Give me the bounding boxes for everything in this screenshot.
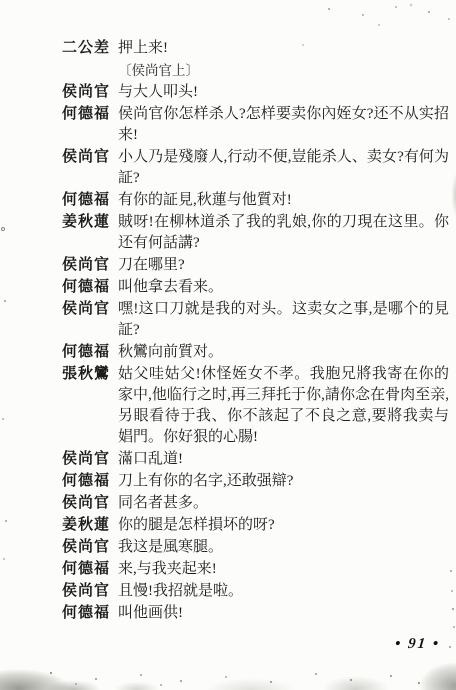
scan-noise-bottom-strip — [0, 648, 456, 690]
dialogue-text: 与大人叩头! — [118, 82, 449, 103]
script-line: 何德福 刀上有你的名字,还敢强辯? — [62, 471, 450, 492]
dialogue-text: 賊呀!在柳林道杀了我的乳娘,你的刀現在这里。你还有何話講? — [118, 212, 449, 254]
scan-noise-left-edge — [2, 228, 4, 230]
speech-block: 我这是風寒腿。 — [118, 537, 449, 558]
speech-block: 滿口乱道! — [118, 449, 449, 470]
dialogue-text: 秋鸞向前質对。 — [118, 342, 449, 363]
speaker-name: 姜秋蓮 — [62, 515, 118, 536]
speaker-name: 何德福 — [62, 342, 118, 363]
script-line: 侯尚官 同名者甚多。 — [62, 493, 450, 514]
dialogue-text: 我这是風寒腿。 — [118, 537, 449, 558]
script-line: 姜秋蓮 你的腿是怎样損坏的呀? — [62, 515, 450, 536]
speaker-name: 侯尚官 — [62, 299, 118, 320]
speech-block: 押上来! 〔侯尚官上〕 — [118, 38, 449, 81]
speaker-name: 侯尚官 — [62, 147, 118, 168]
speaker-name: 姜秋蓮 — [62, 212, 118, 233]
speaker-name: 二公差 — [62, 38, 118, 59]
script-line: 侯尚官 嘿!这口刀就是我的对头。这卖女之事,是哪个的見証? — [62, 299, 450, 341]
dialogue-text: 小人乃是殘廢人,行动不便,豈能杀人、卖女?有何为証? — [118, 147, 449, 189]
dialogue-text: 嘿!这口刀就是我的对头。这卖女之事,是哪个的見証? — [118, 299, 449, 341]
script-line: 二公差 押上来! 〔侯尚官上〕 — [62, 38, 450, 81]
script-line: 侯尚官 与大人叩头! — [62, 82, 450, 103]
dialogue-text: 姑父哇姑父!休怪姪女不孝。我胞兄將我寄在你的家中,他临行之时,再三拜托于你,請你… — [118, 364, 449, 448]
dialogue-text: 有你的証見,秋蓮与他質对! — [118, 190, 449, 211]
dialogue-text: 来,与我夹起来! — [118, 559, 449, 580]
dialogue-text: 同名者甚多。 — [118, 493, 449, 514]
dialogue-text: 刀在哪里? — [118, 255, 449, 276]
speaker-name: 何德福 — [62, 559, 118, 580]
script-line: 何德福 秋鸞向前質对。 — [62, 342, 450, 363]
scan-noise-right-edge — [448, 560, 450, 562]
speech-block: 小人乃是殘廢人,行动不便,豈能杀人、卖女?有何为証? — [118, 147, 449, 189]
speech-block: 同名者甚多。 — [118, 493, 449, 514]
speech-block: 叫他画供! — [118, 603, 449, 624]
speaker-name: 侯尚官 — [62, 255, 118, 276]
script-body: 二公差 押上来! 〔侯尚官上〕 侯尚官 与大人叩头! 何德福 侯尚官你怎样杀人?… — [62, 38, 450, 625]
speaker-name: 侯尚官 — [62, 581, 118, 602]
speech-block: 刀在哪里? — [118, 255, 449, 276]
script-line: 張秋鸞 姑父哇姑父!休怪姪女不孝。我胞兄將我寄在你的家中,他临行之时,再三拜托于… — [62, 364, 450, 448]
speaker-name: 何德福 — [62, 104, 118, 125]
script-line: 侯尚官 我这是風寒腿。 — [62, 537, 450, 558]
speaker-name: 何德福 — [62, 471, 118, 492]
dialogue-text: 刀上有你的名字,还敢强辯? — [118, 471, 449, 492]
speech-block: 且慢!我招就是啦。 — [118, 581, 449, 602]
dialogue-text: 叫他画供! — [118, 603, 449, 624]
speaker-name: 張秋鸞 — [62, 364, 118, 385]
script-line: 侯尚官 且慢!我招就是啦。 — [62, 581, 450, 602]
script-line: 何德福 有你的証見,秋蓮与他質对! — [62, 190, 450, 211]
script-line: 侯尚官 刀在哪里? — [62, 255, 450, 276]
speech-block: 来,与我夹起来! — [118, 559, 449, 580]
scan-noise-top-right — [320, 4, 322, 6]
script-line: 何德福 叫他画供! — [62, 603, 450, 624]
speaker-name: 何德福 — [62, 277, 118, 298]
script-line: 侯尚官 小人乃是殘廢人,行动不便,豈能杀人、卖女?有何为証? — [62, 147, 450, 189]
speaker-name: 侯尚官 — [62, 493, 118, 514]
speech-block: 你的腿是怎样損坏的呀? — [118, 515, 449, 536]
speech-block: 秋鸞向前質对。 — [118, 342, 449, 363]
speech-block: 刀上有你的名字,还敢强辯? — [118, 471, 449, 492]
speech-block: 侯尚官你怎样杀人?怎样要卖你內姪女?还不从实招来! — [118, 104, 449, 146]
dialogue-text: 侯尚官你怎样杀人?怎样要卖你內姪女?还不从实招来! — [118, 104, 449, 146]
dialogue-text: 押上来! — [118, 38, 449, 59]
speech-block: 姑父哇姑父!休怪姪女不孝。我胞兄將我寄在你的家中,他临行之时,再三拜托于你,請你… — [118, 364, 449, 448]
speaker-name: 何德福 — [62, 603, 118, 624]
scanned-script-page: 二公差 押上来! 〔侯尚官上〕 侯尚官 与大人叩头! 何德福 侯尚官你怎样杀人?… — [0, 0, 456, 690]
script-line: 侯尚官 滿口乱道! — [62, 449, 450, 470]
speech-block: 叫他拿去看来。 — [118, 277, 449, 298]
script-line: 姜秋蓮 賊呀!在柳林道杀了我的乳娘,你的刀現在这里。你还有何話講? — [62, 212, 450, 254]
stage-direction: 〔侯尚官上〕 — [118, 60, 449, 81]
dialogue-text: 滿口乱道! — [118, 449, 449, 470]
script-line: 何德福 来,与我夹起来! — [62, 559, 450, 580]
speech-block: 有你的証見,秋蓮与他質对! — [118, 190, 449, 211]
dialogue-text: 且慢!我招就是啦。 — [118, 581, 449, 602]
speaker-name: 侯尚官 — [62, 82, 118, 103]
dialogue-text: 叫他拿去看来。 — [118, 277, 449, 298]
scan-smudge-right — [445, 168, 456, 258]
speaker-name: 侯尚官 — [62, 537, 118, 558]
speech-block: 賊呀!在柳林道杀了我的乳娘,你的刀現在这里。你还有何話講? — [118, 212, 449, 254]
script-line: 何德福 侯尚官你怎样杀人?怎样要卖你內姪女?还不从实招来! — [62, 104, 450, 146]
speaker-name: 侯尚官 — [62, 449, 118, 470]
speech-block: 与大人叩头! — [118, 82, 449, 103]
script-line: 何德福 叫他拿去看来。 — [62, 277, 450, 298]
speaker-name: 何德福 — [62, 190, 118, 211]
speech-block: 嘿!这口刀就是我的对头。这卖女之事,是哪个的見証? — [118, 299, 449, 341]
dialogue-text: 你的腿是怎样損坏的呀? — [118, 515, 449, 536]
